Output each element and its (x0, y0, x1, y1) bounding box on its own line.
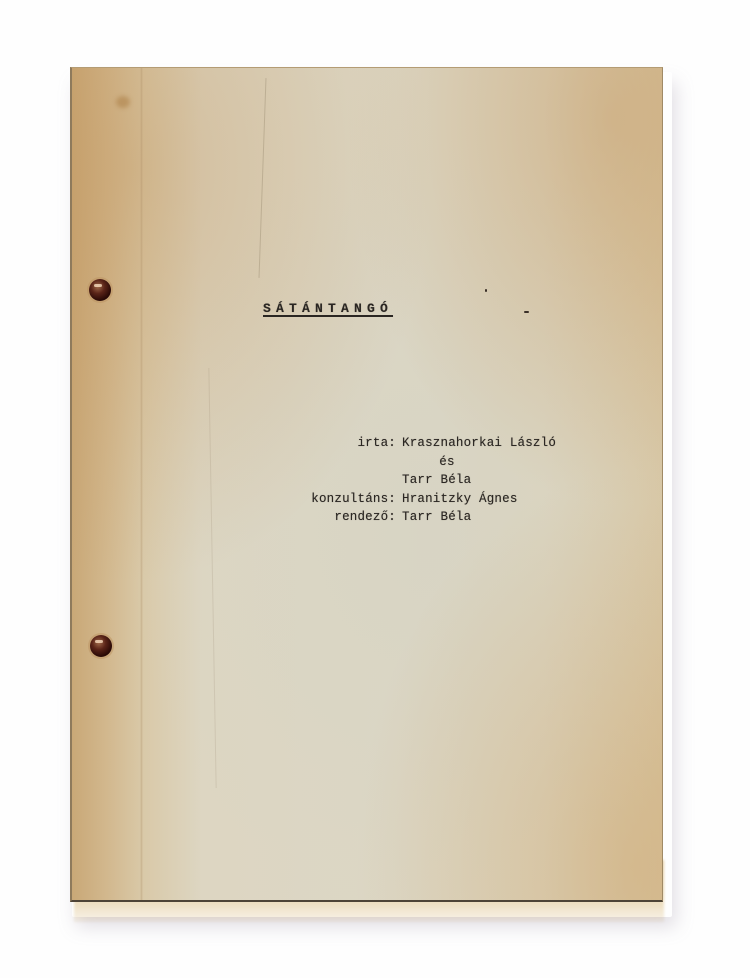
credit-value: Krasznahorkai László (402, 436, 556, 450)
manuscript-cover-page: SÁTÁNTANGÓ irta: Krasznahorkai László és… (70, 67, 663, 902)
credit-value: Tarr Béla (402, 473, 471, 487)
credit-row-author: irta: Krasznahorkai László (272, 436, 556, 455)
credit-label: rendező: (272, 510, 402, 524)
ink-speck (524, 311, 529, 313)
credit-row-and: és (272, 455, 556, 474)
paper-crease (259, 78, 267, 278)
credit-label: irta: (272, 436, 402, 450)
credit-value: Tarr Béla (402, 510, 471, 524)
rivet-icon (90, 635, 112, 657)
photo-stage: SÁTÁNTANGÓ irta: Krasznahorkai László és… (0, 0, 750, 978)
ink-speck (485, 289, 487, 292)
credits-block: irta: Krasznahorkai László és Tarr Béla … (272, 436, 556, 529)
credit-row-consultant: konzultáns: Hranitzky Ágnes (272, 492, 556, 511)
spine-fold (140, 68, 143, 900)
credit-value: Hranitzky Ágnes (402, 492, 518, 506)
paper-crease (208, 368, 216, 788)
credit-value: és (402, 455, 492, 469)
paper-stain (116, 96, 130, 108)
credit-row-coauthor: Tarr Béla (272, 473, 556, 492)
rivet-icon (89, 279, 111, 301)
credit-label: konzultáns: (272, 492, 402, 506)
document-title: SÁTÁNTANGÓ (263, 301, 393, 316)
credit-row-director: rendező: Tarr Béla (272, 510, 556, 529)
